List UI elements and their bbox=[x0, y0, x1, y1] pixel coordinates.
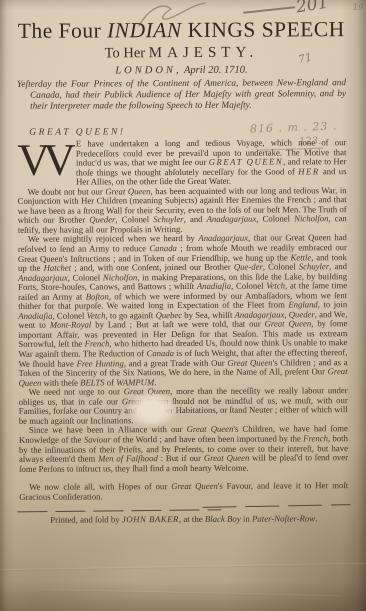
paragraph-5: Since we have been in Alliance with our … bbox=[19, 425, 348, 474]
paper-stain bbox=[60, 520, 180, 570]
dateline-date: April 20. 1710. bbox=[182, 65, 248, 76]
paragraph-4: We need not urge to our Great Queen, mor… bbox=[19, 386, 348, 426]
document-title: The Four INDIAN KINGS SPEECH bbox=[17, 17, 346, 43]
dash-rule-left bbox=[17, 510, 221, 514]
title-part1: The Four bbox=[18, 18, 107, 42]
paper-sheet: 201 19 71 816 . m . 23 . 123. The Four I… bbox=[0, 0, 366, 611]
paragraph-1-text: E have undertaken a long and tedious Voy… bbox=[76, 137, 347, 187]
paper-stain bbox=[230, 180, 320, 340]
title-part3: KINGS SPEECH bbox=[182, 17, 345, 42]
dateline: LONDON, April 20. 1710. bbox=[17, 64, 346, 77]
photographed-pamphlet: 201 19 71 816 . m . 23 . 123. The Four I… bbox=[0, 0, 366, 611]
subtitle-majesty: MAJESTY. bbox=[149, 45, 258, 62]
salutation-great-queen: GREAT QUEEN! bbox=[29, 126, 346, 138]
handwritten-number-19: 19 bbox=[353, 3, 363, 12]
subtitle-part1: To Her bbox=[105, 45, 149, 61]
paper-blot bbox=[126, 391, 178, 428]
printer-imprint: Printed, and ſold by JOHN BAKER, at the … bbox=[19, 513, 348, 525]
closing-paragraph: We now cloſe all, with Hopes of our Grea… bbox=[19, 481, 348, 502]
paper-crease bbox=[0, 563, 366, 571]
dateline-city: LONDON, bbox=[115, 65, 181, 76]
paper-crease bbox=[40, 589, 340, 597]
introduction-paragraph: Yeſterday the Four Princes of the Contin… bbox=[17, 78, 346, 113]
document-subtitle: To Her MAJESTY. bbox=[17, 44, 346, 63]
dash-rule-right bbox=[202, 504, 350, 508]
title-part2-italic: INDIAN bbox=[107, 18, 182, 42]
paragraph-1: VVE have undertaken a long and tedious V… bbox=[17, 138, 346, 187]
dropcap-w: VV bbox=[17, 142, 69, 179]
